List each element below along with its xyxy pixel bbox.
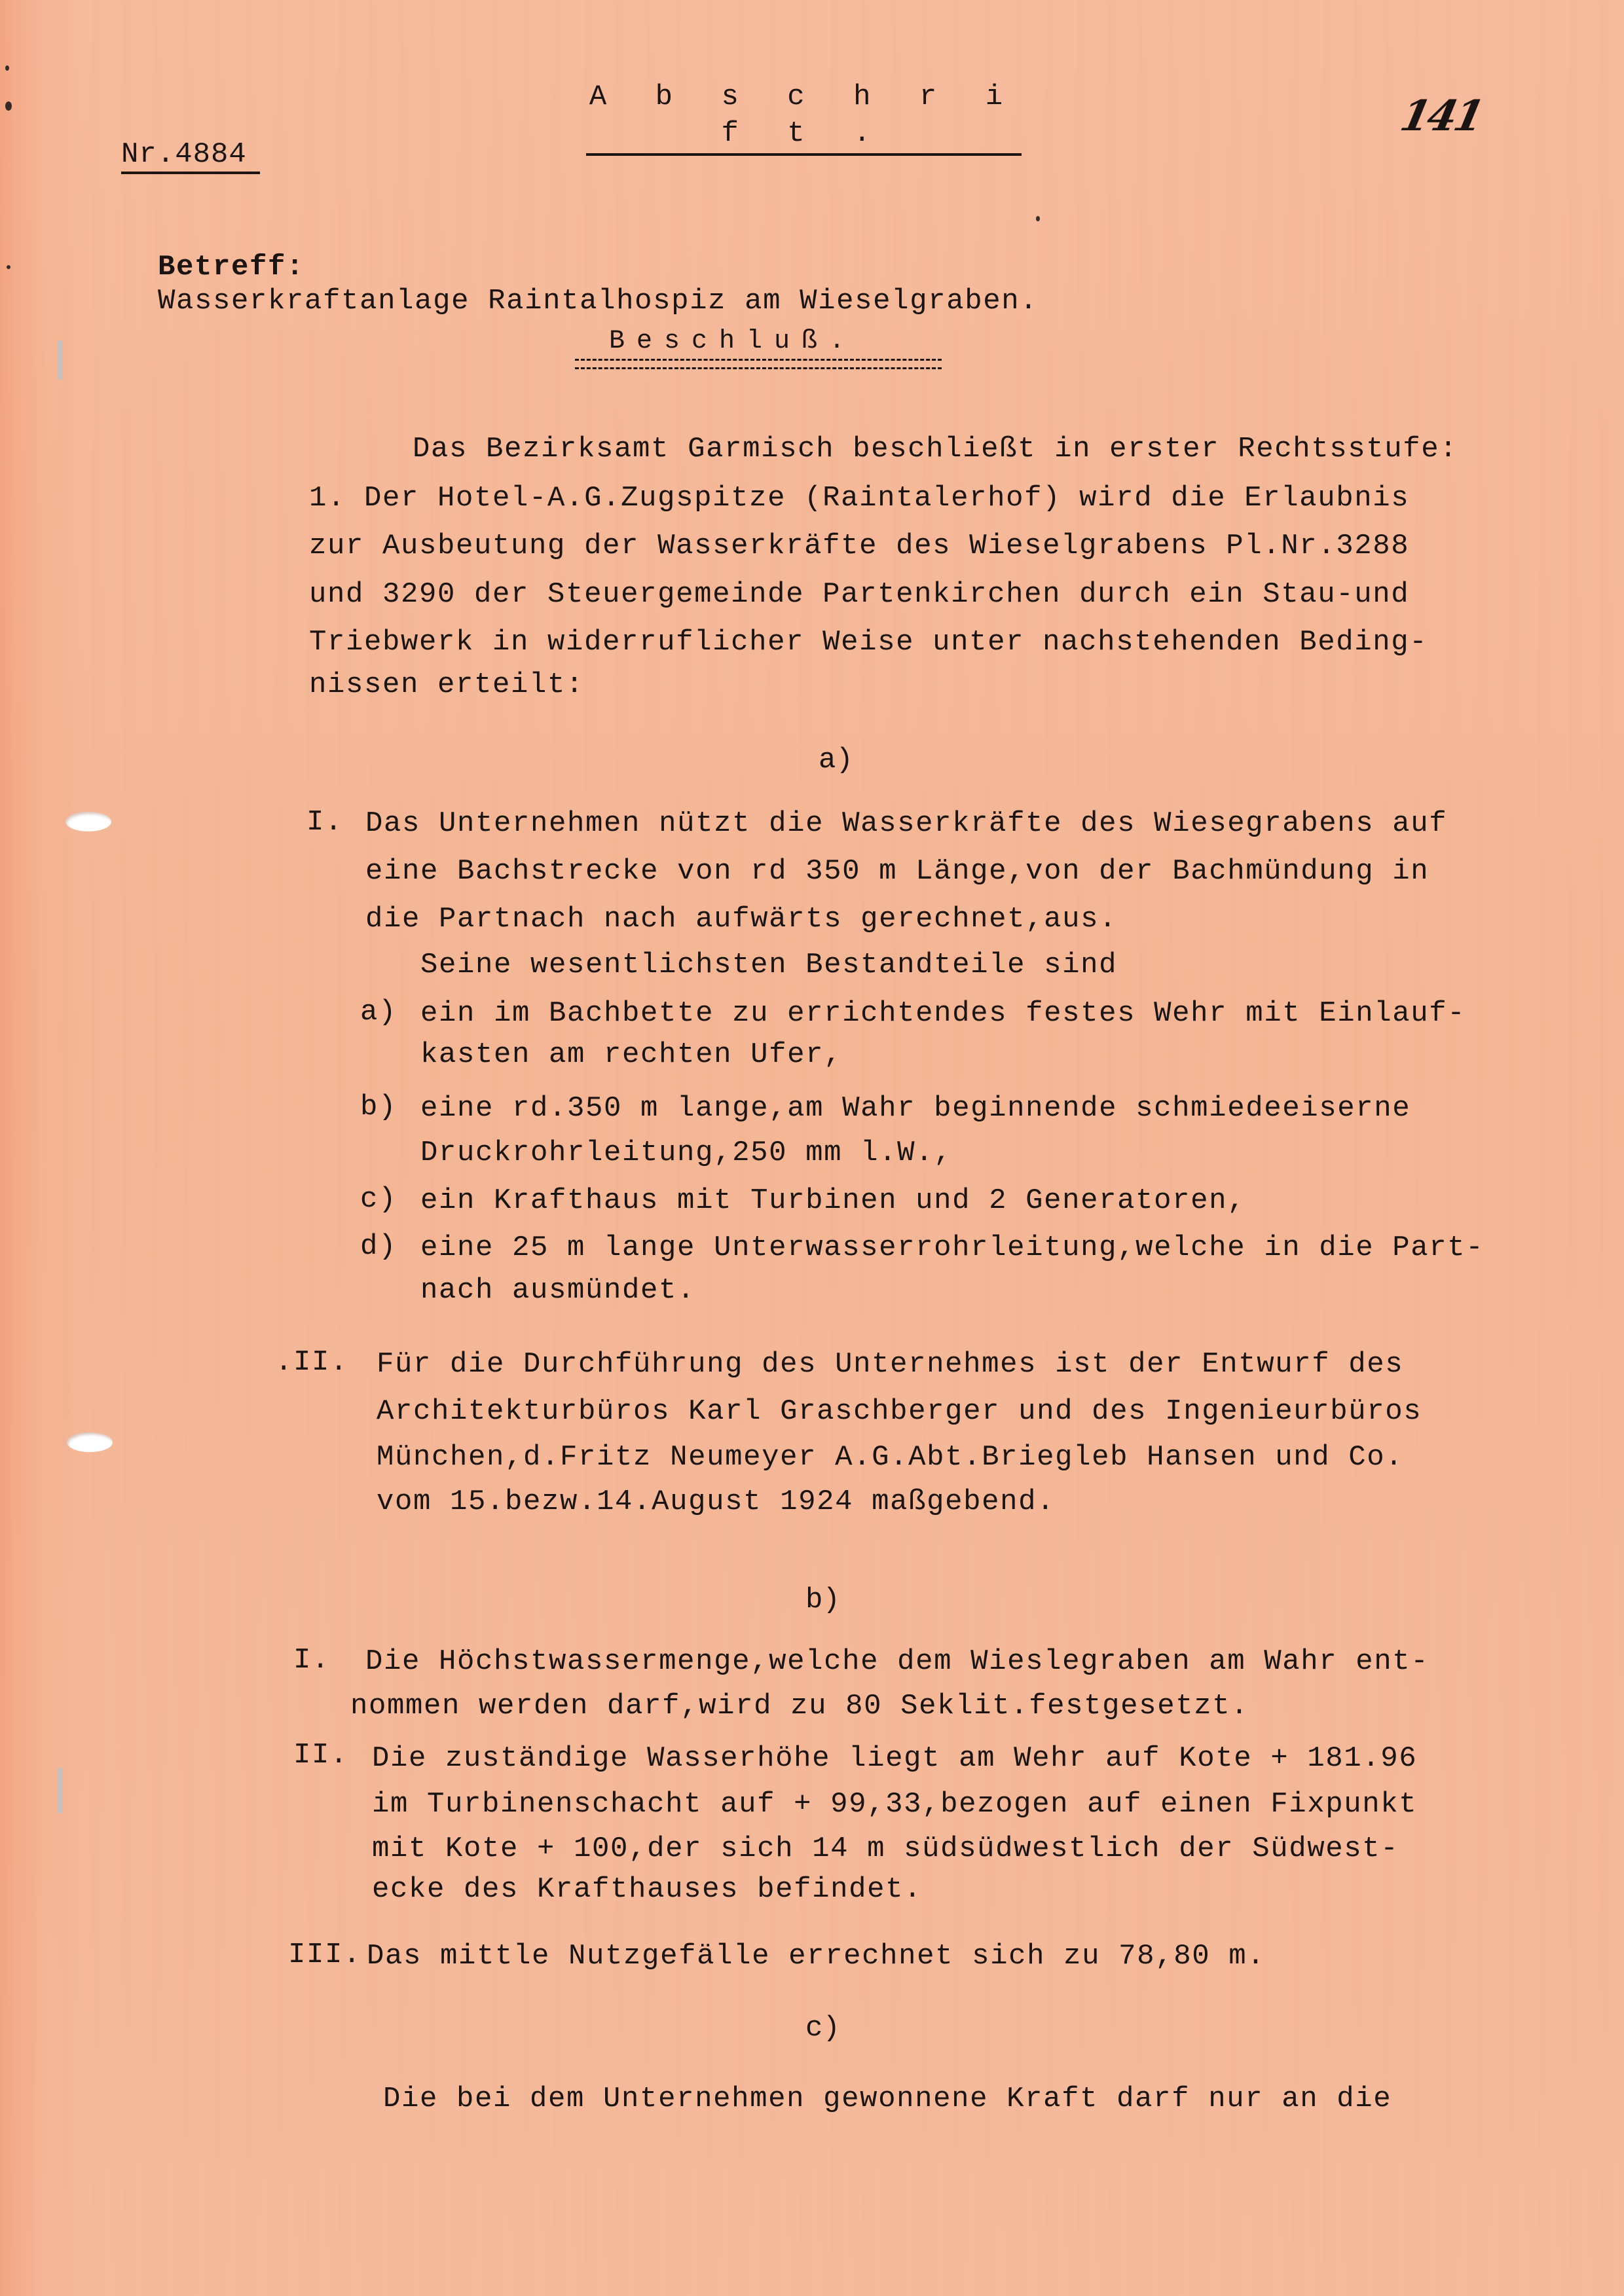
item-number: III. bbox=[288, 1938, 361, 1972]
item-line: München,d.Fritz Neumeyer A.G.Abt.Briegle… bbox=[377, 1440, 1403, 1474]
component-label: a) bbox=[360, 995, 397, 1029]
item-line: eine Bachstrecke von rd 350 m Länge,von … bbox=[365, 854, 1429, 888]
intro-line: Das Bezirksamt Garmisch beschließt in er… bbox=[413, 432, 1458, 466]
item-line: ecke des Krafthauses befindet. bbox=[372, 1872, 922, 1906]
item-line: Das Unternehmen nützt die Wasserkräfte d… bbox=[365, 807, 1447, 841]
staple-mark bbox=[58, 340, 63, 380]
subject-text: Wasserkraftanlage Raintalhospiz am Wiese… bbox=[158, 285, 1038, 318]
section-c-label: c) bbox=[805, 2011, 840, 2045]
item-number: I. bbox=[293, 1643, 330, 1677]
section-a-label: a) bbox=[819, 743, 853, 777]
resolution-heading: Beschluß. bbox=[609, 327, 857, 356]
item-line: Für die Durchführung des Unternehmes ist… bbox=[377, 1347, 1403, 1381]
staple-mark bbox=[7, 265, 10, 269]
intro-line: Triebwerk in widerruflicher Weise unter … bbox=[309, 625, 1428, 659]
staple-mark bbox=[5, 101, 12, 111]
component-label: c) bbox=[360, 1182, 397, 1216]
intro-line: und 3290 der Steuergemeinde Partenkirche… bbox=[309, 577, 1409, 611]
punch-hole-bottom bbox=[67, 1432, 113, 1452]
section-b-label: b) bbox=[805, 1583, 840, 1617]
subject-line: Betreff: Wasserkraftanlage Raintalhospiz… bbox=[121, 216, 1038, 318]
handwritten-page-mark: 141 bbox=[1396, 92, 1486, 141]
staple-mark bbox=[58, 1768, 63, 1813]
item-line: im Turbinenschacht auf + 99,33,bezogen a… bbox=[372, 1787, 1417, 1821]
item-line: Die Höchstwassermenge,welche dem Wiesleg… bbox=[365, 1645, 1429, 1679]
document-title: A b s c h r i f t . bbox=[586, 79, 1022, 156]
item-line: mit Kote + 100,der sich 14 m südsüdwestl… bbox=[372, 1832, 1399, 1866]
punch-hole-top bbox=[65, 812, 111, 831]
item-line: die Partnach nach aufwärts gerechnet,aus… bbox=[365, 902, 1117, 936]
component-line: Druckrohrleitung,250 mm l.W., bbox=[420, 1136, 952, 1170]
item-line: Das mittle Nutzgefälle errechnet sich zu… bbox=[367, 1939, 1265, 1973]
component-label: d) bbox=[360, 1230, 397, 1264]
item-number: .II. bbox=[275, 1345, 348, 1379]
component-line: ein im Bachbette zu errichtendes festes … bbox=[420, 996, 1466, 1030]
component-line: eine rd.350 m lange,am Wahr beginnende s… bbox=[420, 1091, 1411, 1125]
item-line: vom 15.bezw.14.August 1924 maßgebend. bbox=[377, 1485, 1055, 1519]
item-number: II. bbox=[293, 1738, 348, 1772]
subject-label: Betreff: bbox=[158, 251, 304, 283]
component-line: kasten am rechten Ufer, bbox=[420, 1038, 842, 1072]
item-line: nommen werden darf,wird zu 80 Seklit.fes… bbox=[350, 1689, 1249, 1723]
component-line: nach ausmündet. bbox=[420, 1273, 695, 1307]
document-number: Nr.4884 bbox=[121, 137, 260, 174]
item-number: I. bbox=[306, 805, 343, 839]
intro-line: zur Ausbeutung der Wasserkräfte des Wies… bbox=[309, 529, 1409, 563]
staple-mark bbox=[5, 65, 9, 71]
item-line: Die zuständige Wasserhöhe liegt am Wehr … bbox=[372, 1741, 1417, 1776]
component-label: b) bbox=[360, 1090, 397, 1124]
section-c-line: Die bei dem Unternehmen gewonnene Kraft … bbox=[383, 2082, 1392, 2116]
item-line: Architekturbüros Karl Graschberger und d… bbox=[377, 1394, 1422, 1429]
intro-line: 1. Der Hotel-A.G.Zugspitze (Raintalerhof… bbox=[309, 481, 1409, 515]
component-line: eine 25 m lange Unterwasserrohrleitung,w… bbox=[420, 1231, 1484, 1265]
component-line: ein Krafthaus mit Turbinen und 2 Generat… bbox=[420, 1184, 1246, 1218]
item-line: Seine wesentlichsten Bestandteile sind bbox=[420, 948, 1117, 982]
resolution-heading-underline bbox=[575, 359, 942, 369]
intro-line: nissen erteilt: bbox=[309, 668, 584, 702]
